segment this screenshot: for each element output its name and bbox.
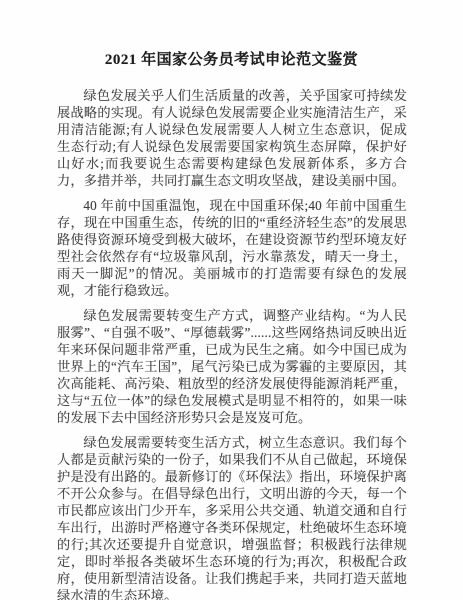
essay-paragraph: 绿色发展需要转变生产方式，调整产业结构。“为人民服雾”、“自强不吸”、“厚德载雾… (57, 307, 407, 426)
essay-paragraph: 40 年前中国重温饱，现在中国重环保;40 年前中国重生存，现在中国重生态，传统… (57, 197, 407, 299)
page-title: 2021 年国家公务员考试申论范文鉴赏 (0, 0, 463, 71)
essay-paragraph: 绿色发展需要转变生活方式，树立生态意识。我们每个人都是贡献污染的一份子，如果我们… (57, 434, 407, 600)
document-page: 2021 年国家公务员考试申论范文鉴赏 绿色发展关乎人们生活质量的改善，关乎国家… (0, 0, 463, 600)
essay-body: 绿色发展关乎人们生活质量的改善，关乎国家可持续发展战略的实现。有人说绿色发展需要… (0, 71, 463, 600)
essay-paragraph: 绿色发展关乎人们生活质量的改善，关乎国家可持续发展战略的实现。有人说绿色发展需要… (57, 87, 407, 189)
